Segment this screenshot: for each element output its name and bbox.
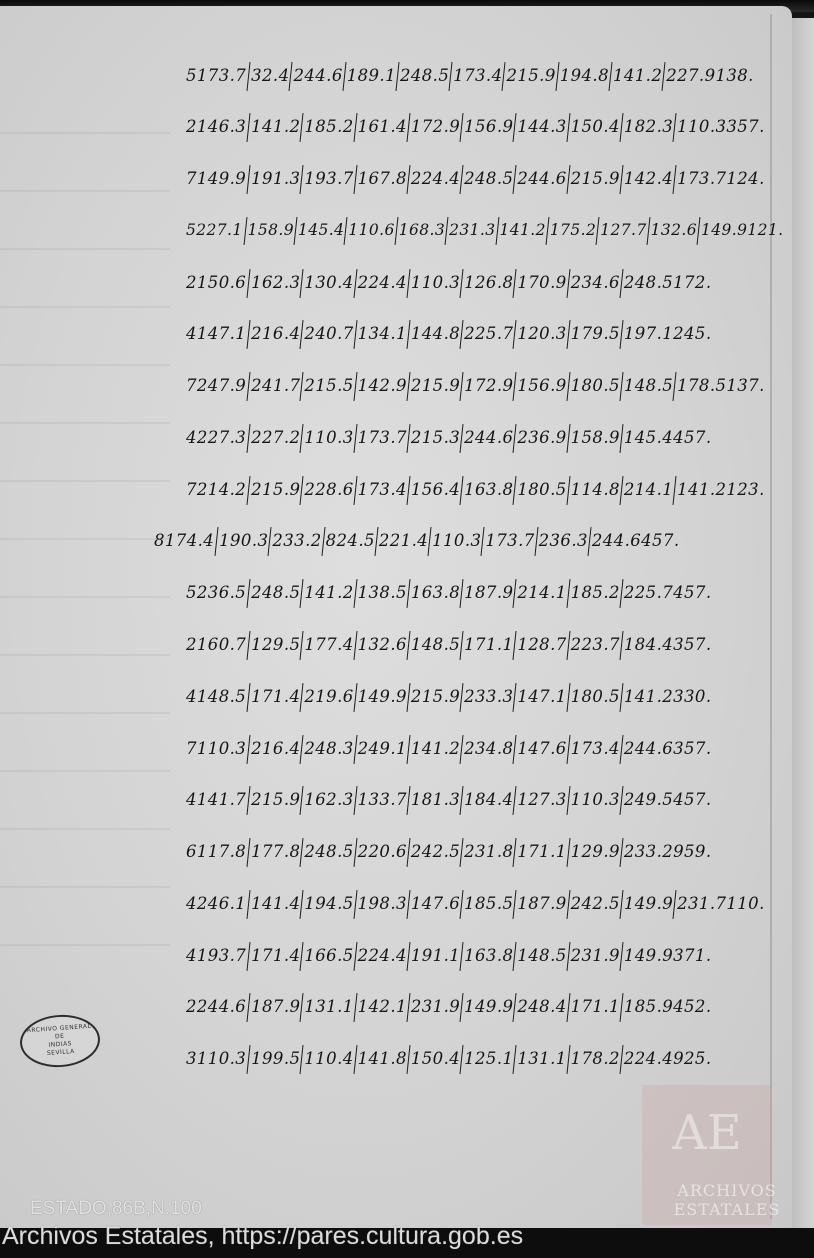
cipher-cell: 233.2 (269, 531, 321, 550)
cipher-cell: 225.7 (621, 583, 673, 602)
cipher-cell: 197.1 (621, 324, 673, 343)
cipher-cell: 138.5 (355, 583, 407, 602)
cipher-row: 8174.4190.3233.2824.5221.4110.3173.7236.… (154, 521, 679, 561)
cipher-cell: 147.6 (514, 739, 566, 758)
cipher-cell: 128.7 (514, 635, 566, 654)
cipher-cell: 215.9 (568, 169, 620, 188)
cipher-cell: 141.2 (497, 221, 546, 239)
cipher-cell: 170.9 (514, 273, 566, 292)
row-lead-value: 2244.6 (186, 997, 246, 1016)
cipher-cell: 132.6 (648, 221, 697, 239)
cipher-row: 2160.7129.5177.4132.6148.5171.1128.7223.… (186, 624, 711, 664)
cipher-cell: 149.9 (461, 997, 513, 1016)
cipher-cell: 215.9 (408, 687, 460, 706)
row-lead-value: 4141.7 (186, 790, 246, 809)
cipher-cell: 234.8 (461, 739, 513, 758)
cipher-cell: 180.5 (568, 687, 620, 706)
row-lead-value: 7247.9 (186, 376, 246, 395)
cipher-cell: 191.1 (408, 946, 460, 965)
cipher-cell: 248.5 (248, 583, 300, 602)
cipher-cell: 824.5 (323, 531, 375, 550)
document-scan: 5173.732.4244.6189.1248.5173.4215.9194.8… (0, 0, 814, 1258)
cipher-cell: 177.8 (248, 842, 300, 861)
cipher-cell: 181.3 (408, 790, 460, 809)
cipher-row: 2150.6162.3130.4224.4110.3126.8170.9234.… (186, 262, 711, 302)
cipher-cell: 187.9 (248, 997, 300, 1016)
cipher-cell: 148.5 (408, 635, 460, 654)
cipher-cell: 127.7 (597, 221, 646, 239)
cipher-cell: 172.9 (408, 117, 460, 136)
cipher-row: 3110.3199.5110.4141.8150.4125.1131.1178.… (186, 1039, 711, 1079)
cipher-cell: 215.9 (248, 480, 300, 499)
cipher-cell: 144.3 (514, 117, 566, 136)
cipher-cell: 198.3 (355, 894, 407, 913)
cipher-cell: 175.2 (547, 221, 596, 239)
cipher-cell: 145.4 (295, 221, 344, 239)
cipher-cell: 173.7 (674, 169, 726, 188)
cipher-cell: 132.6 (355, 635, 407, 654)
cipher-cell: 150.4 (568, 117, 620, 136)
cipher-cell: 150.4 (408, 1049, 460, 1068)
cipher-cell: 214.1 (514, 583, 566, 602)
cipher-cell: 166.5 (301, 946, 353, 965)
row-lead-value: 8174.4 (154, 531, 214, 550)
cipher-row: 4148.5171.4219.6149.9215.9233.3147.1180.… (186, 676, 711, 716)
archive-watermark-logo: AE ARCHIVOS ESTATALES (642, 1085, 772, 1225)
cipher-cell: 240.7 (301, 324, 353, 343)
cipher-cell: 130.4 (301, 273, 353, 292)
cipher-cell: 236.9 (514, 428, 566, 447)
row-tail-value: 371. (673, 946, 711, 965)
cipher-cell: 129.9 (568, 842, 620, 861)
cipher-cell: 248.5 (461, 169, 513, 188)
cipher-cell: 185.9 (621, 997, 673, 1016)
row-tail-value: 330. (673, 687, 711, 706)
cipher-cell: 141.2 (621, 687, 673, 706)
cipher-cell: 184.4 (461, 790, 513, 809)
cipher-cell: 171.1 (461, 635, 513, 654)
row-lead-value: 5173.7 (186, 66, 246, 85)
cipher-cell: 173.4 (568, 739, 620, 758)
cipher-cell: 215.3 (408, 428, 460, 447)
cipher-cell: 171.1 (514, 842, 566, 861)
cipher-row: 2244.6187.9131.1142.1231.9149.9248.4171.… (186, 987, 711, 1027)
cipher-cell: 225.7 (461, 324, 513, 343)
cipher-cell: 141.2 (248, 117, 300, 136)
row-lead-value: 7149.9 (186, 169, 246, 188)
cipher-cell: 179.5 (568, 324, 620, 343)
cipher-cell: 241.7 (248, 376, 300, 395)
cipher-cell: 244.6 (514, 169, 566, 188)
cipher-cell: 149.9 (698, 221, 747, 239)
cipher-cell: 173.4 (355, 480, 407, 499)
cipher-cell: 234.6 (568, 273, 620, 292)
cipher-cell: 228.6 (301, 480, 353, 499)
cipher-cell: 182.3 (621, 117, 673, 136)
stamp-line-4: SEVILLA (47, 1048, 75, 1058)
cipher-cell: 144.8 (408, 324, 460, 343)
cipher-cell: 236.3 (536, 531, 588, 550)
cipher-cell: 114.8 (568, 480, 620, 499)
cipher-cell: 215.9 (248, 790, 300, 809)
row-tail-value: 925. (673, 1049, 711, 1068)
cipher-cell: 141.8 (355, 1049, 407, 1068)
row-tail-value: 124. (726, 169, 764, 188)
cipher-cell: 141.2 (610, 66, 662, 85)
cipher-cell: 193.7 (301, 169, 353, 188)
cipher-cell: 194.8 (557, 66, 609, 85)
cipher-cell: 167.8 (355, 169, 407, 188)
page-fold-line (770, 14, 772, 1219)
cipher-cell: 149.9 (621, 946, 673, 965)
cipher-cell: 163.8 (461, 946, 513, 965)
cipher-cell: 248.5 (621, 273, 673, 292)
cipher-cell: 231.9 (568, 946, 620, 965)
cipher-cell: 171.4 (248, 946, 300, 965)
cipher-row: 4141.7215.9162.3133.7181.3184.4127.3110.… (186, 780, 711, 820)
cipher-cell: 227.9 (663, 66, 715, 85)
cipher-cell: 156.4 (408, 480, 460, 499)
cipher-cell: 184.4 (621, 635, 673, 654)
cipher-cell: 231.3 (446, 221, 495, 239)
cipher-cell: 244.6 (290, 66, 342, 85)
cipher-row: 7214.2215.9228.6173.4156.4163.8180.5114.… (186, 469, 765, 509)
cipher-cell: 185.2 (301, 117, 353, 136)
row-tail-value: 357. (673, 739, 711, 758)
row-lead-value: 2150.6 (186, 273, 246, 292)
cipher-cell: 129.5 (248, 635, 300, 654)
row-tail-value: 110. (726, 894, 764, 913)
cipher-cell: 171.4 (248, 687, 300, 706)
cipher-cell: 110.3 (674, 117, 726, 136)
cipher-row: 7247.9241.7215.5142.9215.9172.9156.9180.… (186, 366, 765, 406)
cipher-cell: 199.5 (248, 1049, 300, 1068)
cipher-cell: 110.3 (429, 531, 481, 550)
cipher-cell: 178.5 (674, 376, 726, 395)
cipher-row: 4227.3227.2110.3173.7215.3244.6236.9158.… (186, 417, 711, 457)
cipher-cell: 110.6 (345, 221, 394, 239)
row-tail-value: 457. (673, 583, 711, 602)
cipher-cell: 185.5 (461, 894, 513, 913)
cipher-cell: 110.4 (301, 1049, 353, 1068)
cipher-cell: 141.4 (248, 894, 300, 913)
cipher-cell: 220.6 (355, 842, 407, 861)
document-reference: ESTADO,86B,N.100 (30, 1198, 202, 1220)
cipher-cell: 133.7 (355, 790, 407, 809)
cipher-cell: 224.4 (355, 946, 407, 965)
row-lead-value: 5227.1 (186, 221, 243, 239)
cipher-cell: 141.2 (301, 583, 353, 602)
cipher-cell: 145.4 (621, 428, 673, 447)
cipher-cell: 173.7 (355, 428, 407, 447)
cipher-cell: 158.9 (245, 221, 294, 239)
row-tail-value: 245. (673, 324, 711, 343)
row-lead-value: 3110.3 (186, 1049, 246, 1068)
cipher-cell: 149.9 (621, 894, 673, 913)
cipher-cell: 147.1 (514, 687, 566, 706)
cipher-cell: 163.8 (408, 583, 460, 602)
cipher-cell: 215.9 (503, 66, 555, 85)
cipher-cell: 224.4 (355, 273, 407, 292)
cipher-row: 2146.3141.2185.2161.4172.9156.9144.3150.… (186, 107, 765, 147)
row-tail-value: 457. (673, 428, 711, 447)
cipher-cell: 221.4 (376, 531, 428, 550)
row-tail-value: 457. (673, 790, 711, 809)
cipher-cell: 242.5 (568, 894, 620, 913)
cipher-cell: 162.3 (301, 790, 353, 809)
row-lead-value: 5236.5 (186, 583, 246, 602)
cipher-cell: 180.5 (514, 480, 566, 499)
cipher-cell: 127.3 (514, 790, 566, 809)
row-lead-value: 4246.1 (186, 894, 246, 913)
cipher-cell: 148.5 (621, 376, 673, 395)
cipher-row: 5173.732.4244.6189.1248.5173.4215.9194.8… (186, 55, 754, 95)
cipher-cell: 194.5 (301, 894, 353, 913)
cipher-cell: 242.5 (408, 842, 460, 861)
cipher-cell: 215.9 (408, 376, 460, 395)
cipher-cell: 231.8 (461, 842, 513, 861)
cipher-cell: 185.2 (568, 583, 620, 602)
cipher-cell: 142.4 (621, 169, 673, 188)
cipher-cell: 233.2 (621, 842, 673, 861)
cipher-cell: 126.8 (461, 273, 513, 292)
cipher-cell: 248.4 (514, 997, 566, 1016)
cipher-cell: 187.9 (514, 894, 566, 913)
cipher-row: 5227.1158.9145.4110.6168.3231.3141.2175.… (186, 210, 784, 250)
cipher-cell: 171.1 (568, 997, 620, 1016)
cipher-row: 4193.7171.4166.5224.4191.1163.8148.5231.… (186, 935, 711, 975)
row-tail-value: 138. (715, 66, 753, 85)
row-lead-value: 7110.3 (186, 739, 246, 758)
row-tail-value: 357. (673, 635, 711, 654)
cipher-cell: 180.5 (568, 376, 620, 395)
cipher-cell: 244.6 (621, 739, 673, 758)
cipher-cell: 224.4 (621, 1049, 673, 1068)
row-lead-value: 4193.7 (186, 946, 246, 965)
cipher-cell: 231.9 (408, 997, 460, 1016)
cipher-cell: 248.5 (397, 66, 449, 85)
cipher-cell: 172.9 (461, 376, 513, 395)
cipher-cell: 149.9 (355, 687, 407, 706)
cipher-cell: 223.7 (568, 635, 620, 654)
cipher-cell: 162.3 (248, 273, 300, 292)
cipher-cell: 178.2 (568, 1049, 620, 1068)
cipher-cell: 163.8 (461, 480, 513, 499)
row-lead-value: 4147.1 (186, 324, 246, 343)
cipher-cell: 32.4 (248, 66, 289, 85)
cipher-cell: 191.3 (248, 169, 300, 188)
cipher-cell: 189.1 (344, 66, 396, 85)
cipher-cell: 216.4 (248, 739, 300, 758)
cipher-cell: 244.6 (461, 428, 513, 447)
cipher-row: 7149.9191.3193.7167.8224.4248.5244.6215.… (186, 159, 765, 199)
cipher-cell: 173.7 (482, 531, 534, 550)
cipher-cell: 141.2 (674, 480, 726, 499)
cipher-cell: 131.1 (514, 1049, 566, 1068)
watermark-label: ARCHIVOS ESTATALES (642, 1181, 812, 1219)
row-tail-value: 452. (673, 997, 711, 1016)
row-tail-value: 137. (726, 376, 764, 395)
cipher-cell: 110.3 (301, 428, 353, 447)
archive-credit: Archivos Estatales, https://pares.cultur… (2, 1222, 523, 1251)
cipher-cell: 134.1 (355, 324, 407, 343)
row-tail-value: 121. (747, 221, 783, 239)
cipher-cell: 156.9 (514, 376, 566, 395)
cipher-row: 7110.3216.4248.3249.1141.2234.8147.6173.… (186, 728, 711, 768)
cipher-cell: 147.6 (408, 894, 460, 913)
cipher-row: 4246.1141.4194.5198.3147.6185.5187.9242.… (186, 883, 765, 923)
cipher-cell: 214.1 (621, 480, 673, 499)
cipher-cell: 156.9 (461, 117, 513, 136)
cipher-cell: 125.1 (461, 1049, 513, 1068)
cipher-row: 4147.1216.4240.7134.1144.8225.7120.3179.… (186, 314, 711, 354)
cipher-cell: 110.3 (568, 790, 620, 809)
adjacent-page-edge (790, 18, 814, 1233)
cipher-cell: 248.3 (301, 739, 353, 758)
row-tail-value: 172. (673, 273, 711, 292)
row-lead-value: 6117.8 (186, 842, 246, 861)
cipher-cell: 216.4 (248, 324, 300, 343)
cipher-cell: 142.1 (355, 997, 407, 1016)
row-tail-value: 123. (726, 480, 764, 499)
cipher-cell: 173.4 (450, 66, 502, 85)
cipher-cell: 161.4 (355, 117, 407, 136)
cipher-cell: 141.2 (408, 739, 460, 758)
bleed-through-text (0, 96, 170, 996)
cipher-cell: 120.3 (514, 324, 566, 343)
cipher-cell: 131.1 (301, 997, 353, 1016)
cipher-row: 5236.5248.5141.2138.5163.8187.9214.1185.… (186, 573, 711, 613)
row-tail-value: 357. (726, 117, 764, 136)
cipher-cell: 142.9 (355, 376, 407, 395)
cipher-cell: 190.3 (216, 531, 268, 550)
row-lead-value: 4148.5 (186, 687, 246, 706)
row-lead-value: 2160.7 (186, 635, 246, 654)
row-lead-value: 4227.3 (186, 428, 246, 447)
row-tail-value: 457. (641, 531, 679, 550)
cipher-cell: 248.5 (301, 842, 353, 861)
cipher-cell: 148.5 (514, 946, 566, 965)
cipher-cell: 244.6 (589, 531, 641, 550)
cipher-cell: 249.5 (621, 790, 673, 809)
cipher-cell: 249.1 (355, 739, 407, 758)
cipher-row: 6117.8177.8248.5220.6242.5231.8171.1129.… (186, 832, 711, 872)
row-lead-value: 7214.2 (186, 480, 246, 499)
cipher-cell: 187.9 (461, 583, 513, 602)
row-lead-value: 2146.3 (186, 117, 246, 136)
row-tail-value: 959. (673, 842, 711, 861)
cipher-cell: 215.5 (301, 376, 353, 395)
cipher-cell: 227.2 (248, 428, 300, 447)
cipher-cell: 219.6 (301, 687, 353, 706)
cipher-cell: 233.3 (461, 687, 513, 706)
cipher-cell: 158.9 (568, 428, 620, 447)
cipher-cell: 168.3 (396, 221, 445, 239)
watermark-logo-glyph: AE (642, 1105, 772, 1161)
cipher-cell: 177.4 (301, 635, 353, 654)
cipher-cell: 110.3 (408, 273, 460, 292)
cipher-cell: 224.4 (408, 169, 460, 188)
cipher-cell: 231.7 (674, 894, 726, 913)
